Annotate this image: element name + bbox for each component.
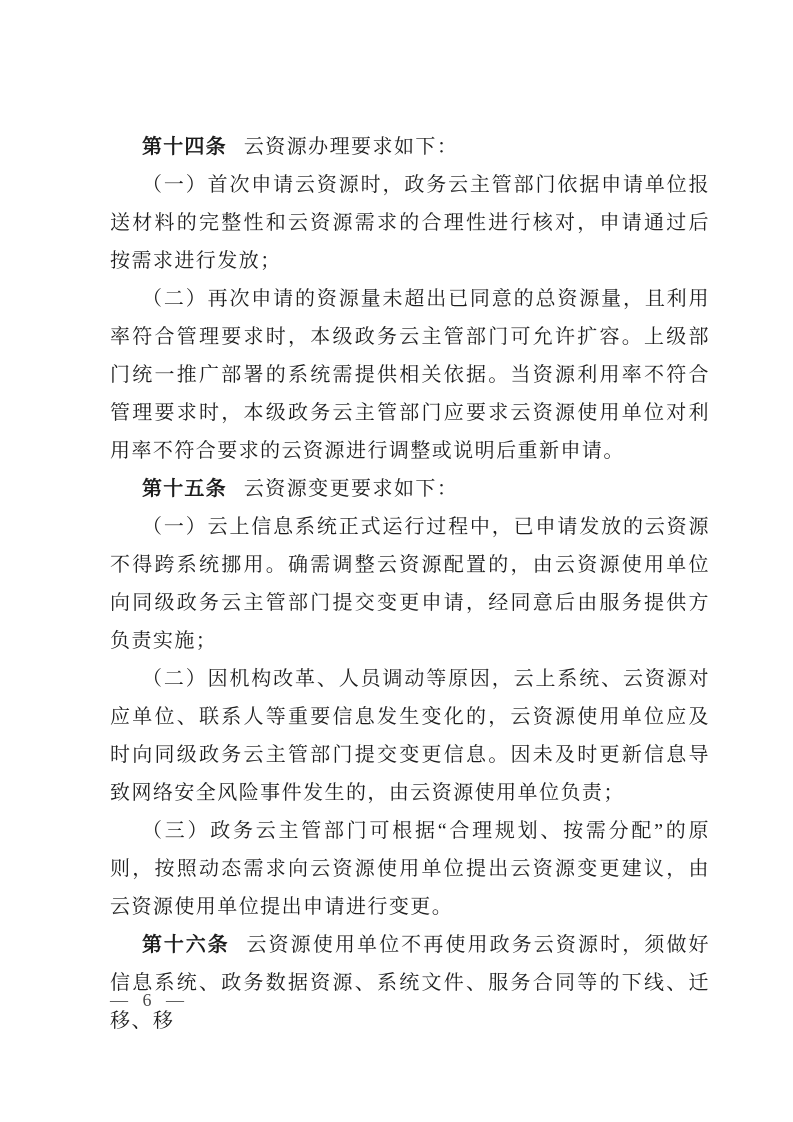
paragraph-article-15: 第十五条云资源变更要求如下： [110, 470, 710, 508]
paragraph-item-1: （一）首次申请云资源时，政务云主管部门依据申请单位报送材料的完整性和云资源需求的… [110, 166, 710, 280]
paragraph-text: （一）云上信息系统正式运行过程中，已申请发放的云资源不得跨系统挪用。确需调整云资… [110, 516, 710, 652]
article-number-label: 第十六条 [142, 934, 229, 956]
page-number: — 6 — [110, 988, 189, 1012]
paragraph-article-16: 第十六条云资源使用单位不再使用政务云资源时，须做好信息系统、政务数据资源、系统文… [110, 926, 710, 1040]
paragraph-item-4: （二）因机构改革、人员调动等原因，云上系统、云资源对应单位、联系人等重要信息发生… [110, 660, 710, 812]
paragraph-text: （三）政务云主管部门可根据“合理规划、按需分配”的原则，按照动态需求向云资源使用… [110, 820, 710, 918]
paragraph-text: （二）因机构改革、人员调动等原因，云上系统、云资源对应单位、联系人等重要信息发生… [110, 668, 710, 804]
paragraph-article-14: 第十四条云资源办理要求如下： [110, 128, 710, 166]
paragraph-text: 云资源办理要求如下： [244, 136, 459, 158]
article-number-label: 第十五条 [142, 478, 227, 500]
paragraph-item-2: （二）再次申请的资源量未超出已同意的总资源量，且利用率符合管理要求时，本级政务云… [110, 280, 710, 470]
paragraph-item-5: （三）政务云主管部门可根据“合理规划、按需分配”的原则，按照动态需求向云资源使用… [110, 812, 710, 926]
paragraph-text: （二）再次申请的资源量未超出已同意的总资源量，且利用率符合管理要求时，本级政务云… [110, 288, 710, 462]
paragraph-item-3: （一）云上信息系统正式运行过程中，已申请发放的云资源不得跨系统挪用。确需调整云资… [110, 508, 710, 660]
article-number-label: 第十四条 [142, 136, 227, 158]
document-body: 第十四条云资源办理要求如下： （一）首次申请云资源时，政务云主管部门依据申请单位… [110, 128, 710, 1040]
document-page: 第十四条云资源办理要求如下： （一）首次申请云资源时，政务云主管部门依据申请单位… [0, 0, 793, 1122]
paragraph-text: （一）首次申请云资源时，政务云主管部门依据申请单位报送材料的完整性和云资源需求的… [110, 174, 710, 272]
paragraph-text: 云资源变更要求如下： [244, 478, 459, 500]
